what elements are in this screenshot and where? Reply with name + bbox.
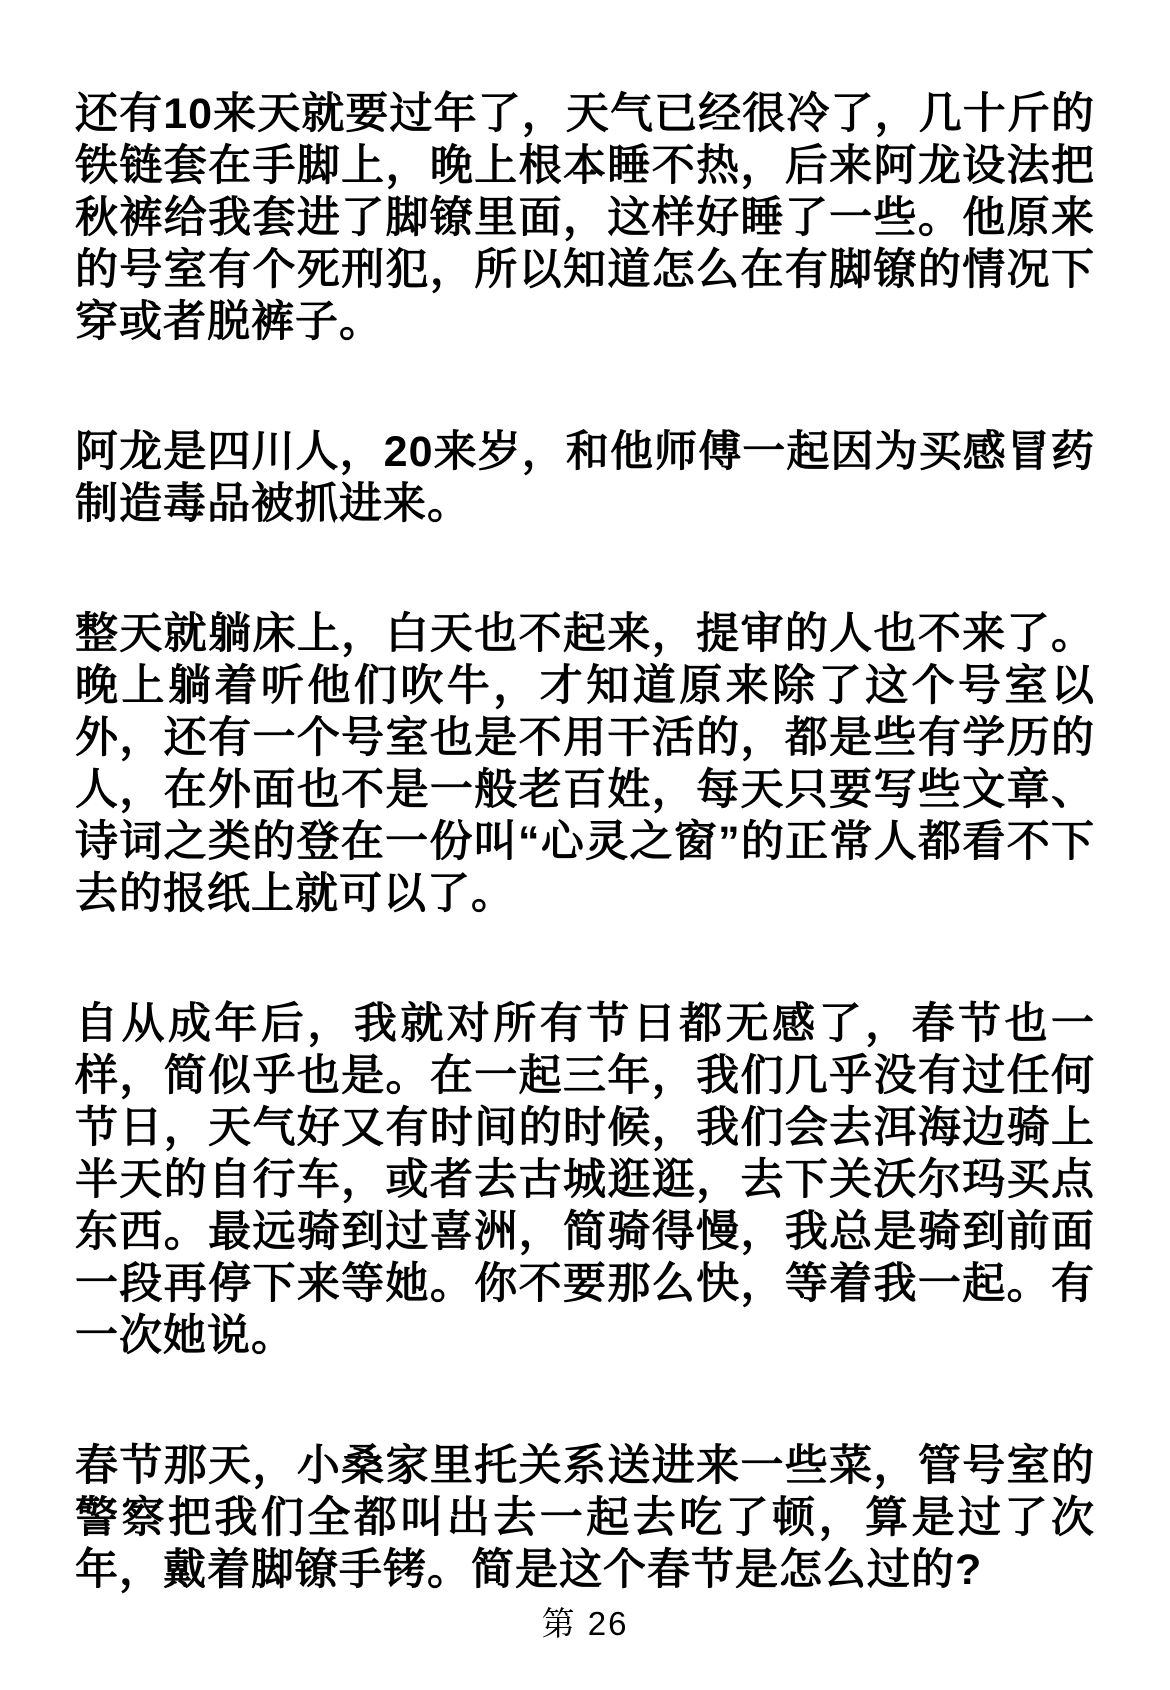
page-number: 第 26 [0,1598,1170,1645]
paragraph: 阿龙是四川人，20来岁，和他师傅一起因为买感冒药制造毒品被抓进来。 [75,426,1095,530]
document-page: 还有10来天就要过年了，天气已经很冷了，几十斤的铁链套在手脚上，晚上根本睡不热，… [0,0,1170,1690]
paragraph: 自从成年后，我就对所有节日都无感了，春节也一样，简似乎也是。在一起三年，我们几乎… [75,998,1095,1362]
paragraph: 整天就躺床上，白天也不起来，提审的人也不来了。晚上躺着听他们吹牛，才知道原来除了… [75,608,1095,920]
paragraph: 春节那天，小桑家里托关系送进来一些菜，管号室的警察把我们全都叫出去一起去吃了顿，… [75,1440,1095,1596]
document-body: 还有10来天就要过年了，天气已经很冷了，几十斤的铁链套在手脚上，晚上根本睡不热，… [75,88,1095,1596]
paragraph: 还有10来天就要过年了，天气已经很冷了，几十斤的铁链套在手脚上，晚上根本睡不热，… [75,88,1095,348]
